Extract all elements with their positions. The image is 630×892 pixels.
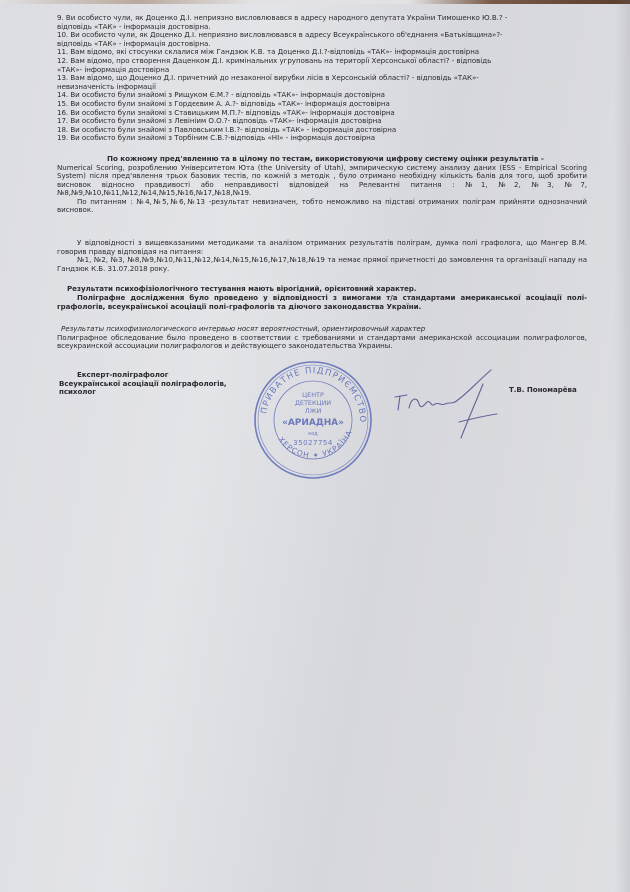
question-item-19: 19. Ви особисто були знайомі з Торбіним …: [57, 134, 587, 143]
document-page: 9. Ви особисто чули, як Доценко Д.І. неп…: [57, 14, 587, 499]
svg-text:ДЕТЕКЦИИ: ДЕТЕКЦИИ: [295, 399, 331, 407]
svg-text:35027754: 35027754: [293, 439, 333, 447]
svg-text:код: код: [308, 431, 318, 437]
signature-block: Експерт-поліграфолог Всеукраїнської асоц…: [57, 359, 587, 499]
page-shadow: [614, 0, 630, 892]
conclusion-section: У відповідності з вищевказаними методика…: [57, 239, 587, 273]
question-item-13: 13. Вам відомо, що Доценко Д.І. причетни…: [57, 74, 587, 91]
expert-name: Т.В. Пономарёва: [509, 386, 577, 395]
question-list: 9. Ви особисто чули, як Доценко Д.І. неп…: [57, 14, 587, 143]
question-item-12: 12. Вам відомо, про створення Даценком Д…: [57, 57, 587, 74]
photo-top-edge: [0, 0, 630, 4]
scoring-section: По кожному пред'явленню та в цілому по т…: [57, 155, 587, 215]
question-item-10: 10. Ви особисто чули, як Доценко Д.І. не…: [57, 31, 587, 48]
expert-title: Експерт-поліграфолог Всеукраїнської асоц…: [59, 371, 227, 397]
question-item-9: 9. Ви особисто чули, як Доценко Д.І. неп…: [57, 14, 587, 31]
company-stamp-icon: ПРИВАТНЕ ПІДПРИЄМСТВО ХЕРСОН ✦ УКРАЇНА Ц…: [252, 359, 374, 481]
scoring-undetermined: По питанням : №4,№5,№6,№13 -результат не…: [57, 198, 587, 215]
scoring-body: Numerical Scoring, розроблению Університ…: [57, 164, 587, 198]
disclaimer-ru: Результаты психофизиологического интервь…: [57, 325, 587, 351]
handwritten-signature-icon: [387, 364, 517, 444]
disclaimer-ua: Результати психофізіологічного тестуванн…: [57, 285, 587, 311]
conclusion-intro: У відповідності з вищевказаними методика…: [57, 239, 587, 256]
svg-text:«АРИАДНА»: «АРИАДНА»: [282, 418, 344, 428]
svg-text:ЛЖИ: ЛЖИ: [305, 407, 322, 415]
disclaimer-ru-line2: Полиграфное обследование было проведено …: [57, 334, 587, 351]
conclusion-result: №1, №2, №3, №8,№9,№10,№11,№12,№14,№15,№1…: [57, 256, 587, 273]
svg-text:ЦЕНТР: ЦЕНТР: [302, 391, 324, 399]
disclaimer-ua-line2: Поліграфне дослідження було проведено у …: [57, 294, 587, 311]
